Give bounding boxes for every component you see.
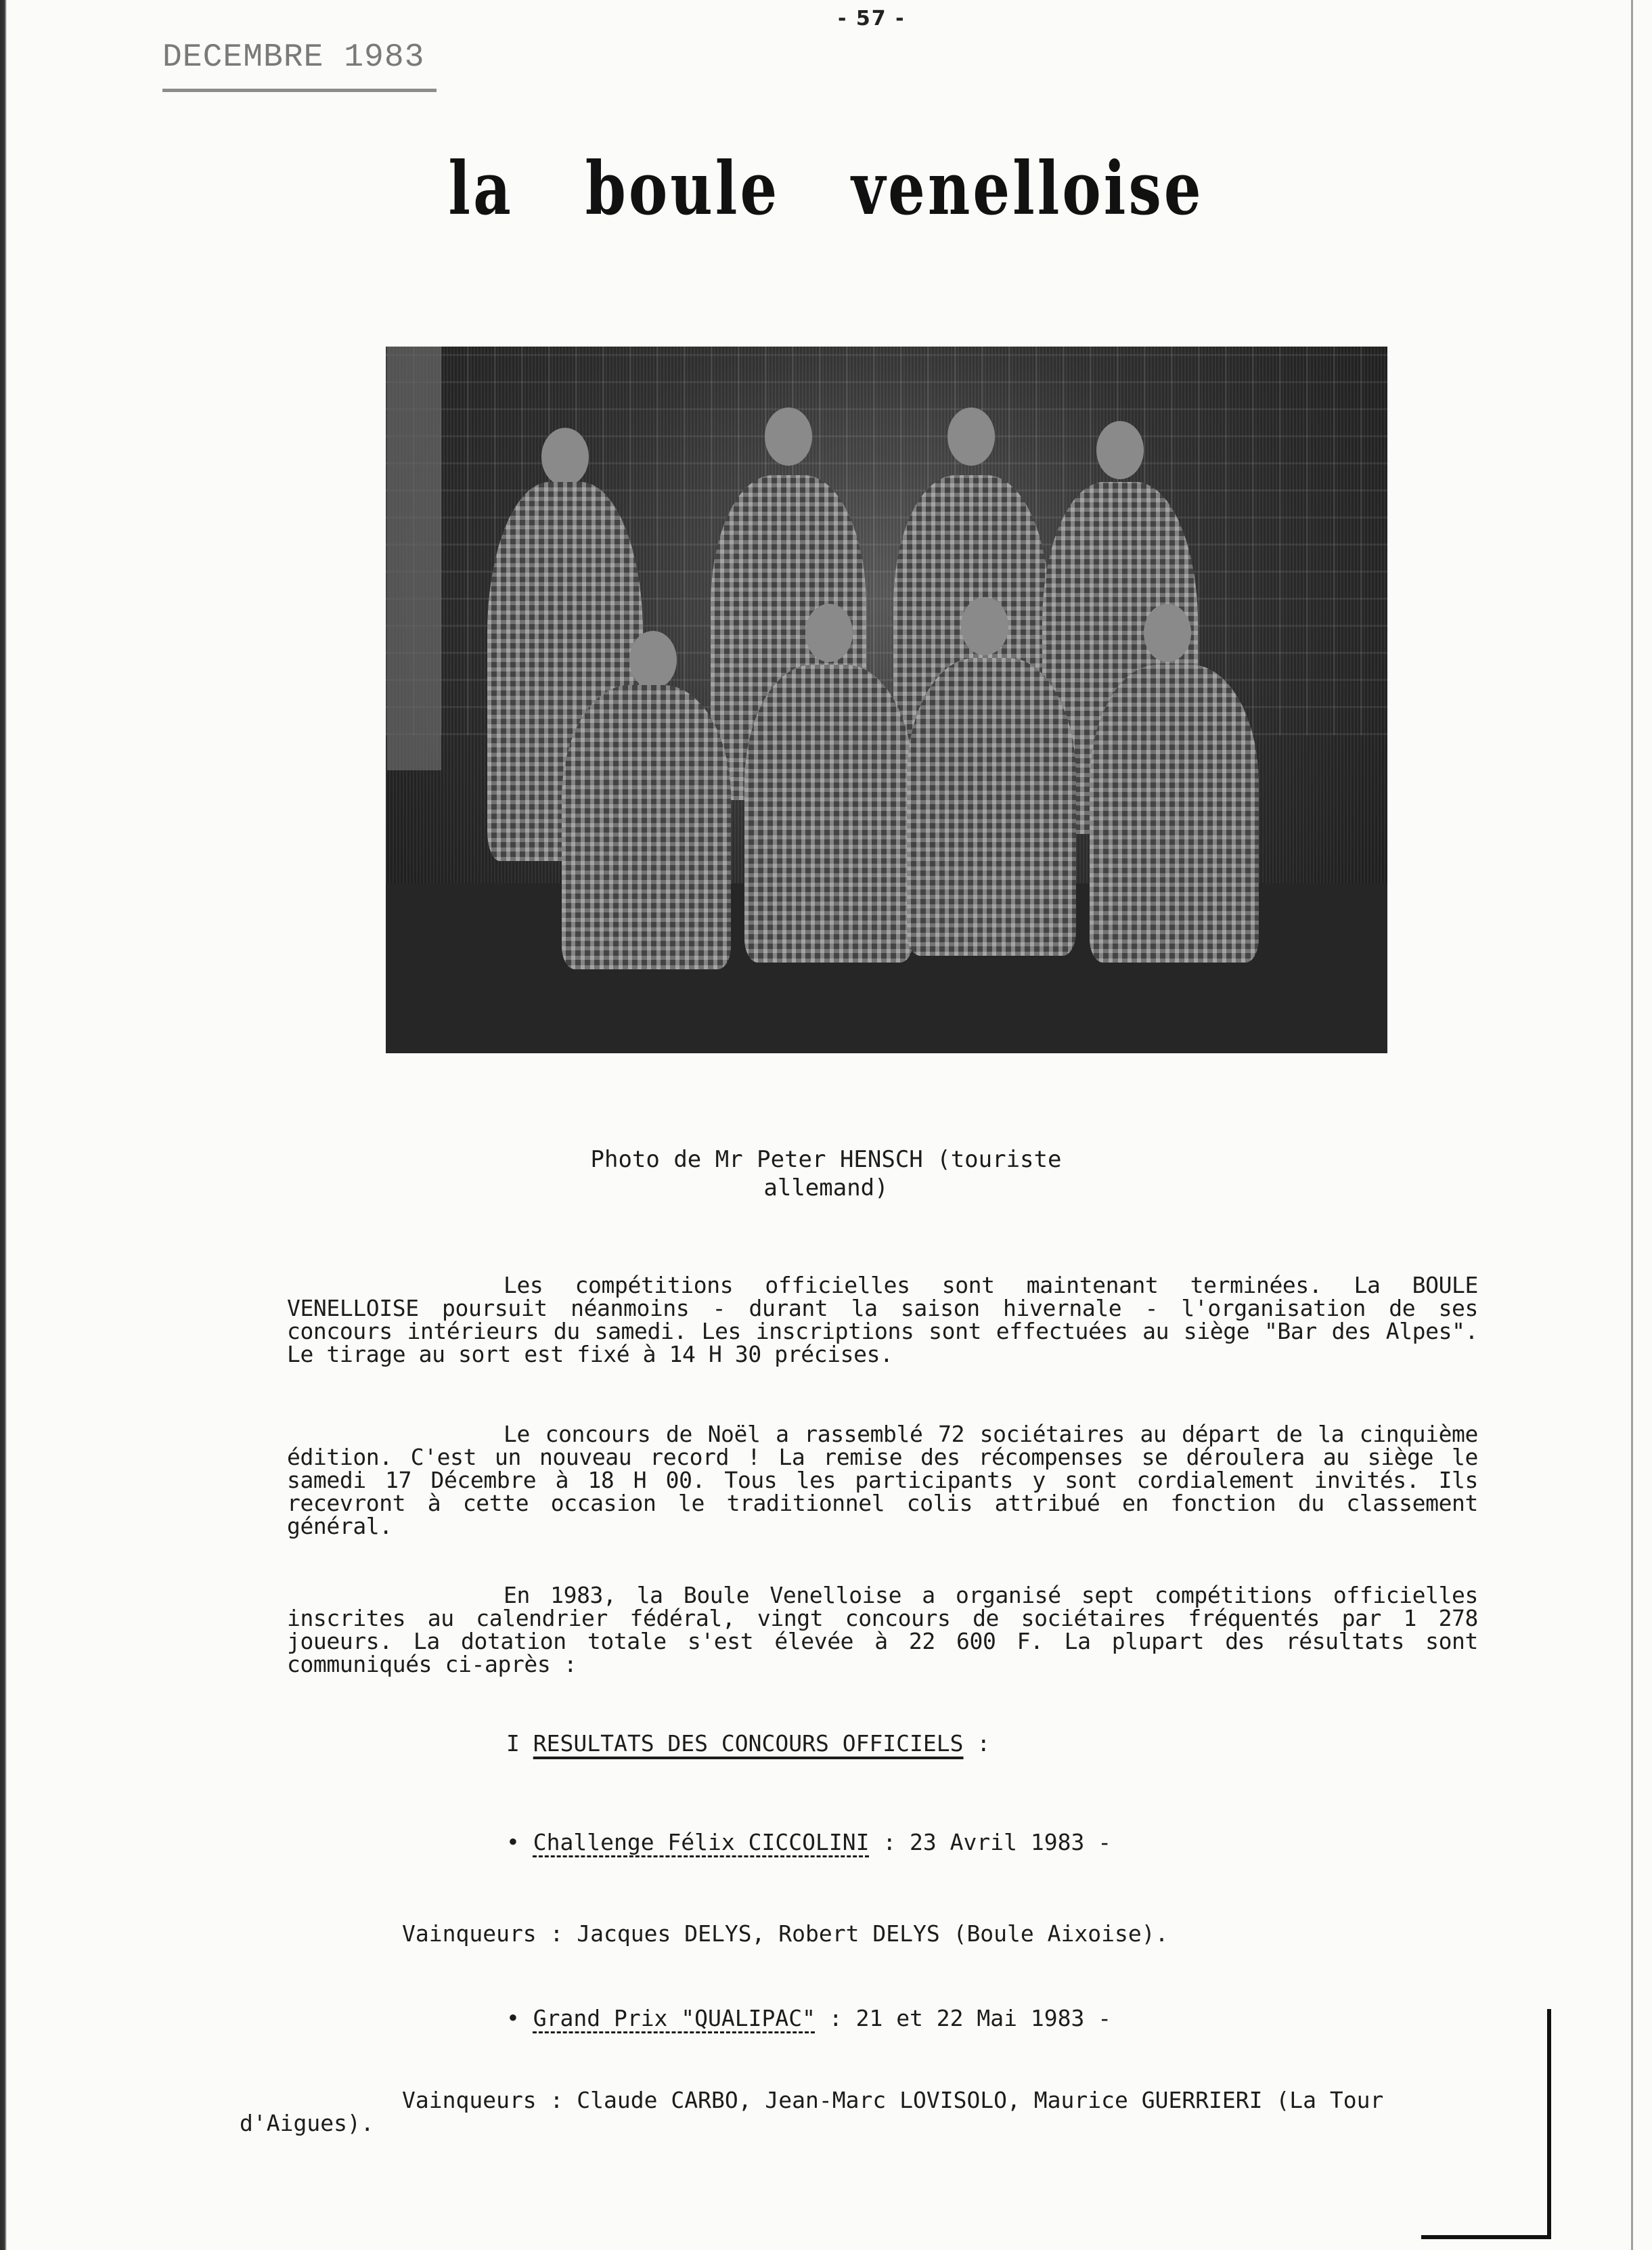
photo-person-head: [629, 631, 677, 689]
masthead-word: boule: [585, 146, 780, 231]
event-name: Grand Prix "QUALIPAC": [533, 2005, 816, 2031]
bullet: •: [506, 2005, 520, 2031]
result-event: • Grand Prix "QUALIPAC" : 21 et 22 Mai 1…: [506, 2005, 1111, 2031]
event-date: : 21 et 22 Mai 1983 -: [816, 2005, 1111, 2031]
event-date: : 23 Avril 1983 -: [869, 1829, 1111, 1855]
section-numeral: I: [506, 1730, 520, 1757]
result-event: • Challenge Félix CICCOLINI : 23 Avril 1…: [506, 1829, 1111, 1855]
photo-caption-line: Photo de Mr Peter HENSCH (touriste: [0, 1145, 1652, 1174]
article-paragraph: Les compétitions officielles sont mainte…: [287, 1274, 1478, 1366]
scan-edge-right: [1631, 0, 1633, 2250]
continuation-bracket: [1547, 2009, 1551, 2239]
event-winners: Vainqueurs : Claude CARBO, Jean-Marc LOV…: [240, 2089, 1485, 2135]
scan-edge-left: [0, 0, 7, 2250]
continuation-bracket-base: [1421, 2235, 1551, 2239]
event-name: Challenge Félix CICCOLINI: [533, 1829, 870, 1855]
photo-person: [907, 658, 1076, 956]
article-paragraph: Le concours de Noël a rassemblé 72 socié…: [287, 1423, 1478, 1538]
event-winners: Vainqueurs : Jacques DELYS, Robert DELYS…: [402, 1922, 1168, 1945]
section-heading: I RESULTATS DES CONCOURS OFFICIELS :: [506, 1730, 990, 1757]
section-suffix: :: [964, 1730, 991, 1757]
photo-person-head: [947, 407, 995, 466]
photo-person-head: [765, 407, 812, 466]
group-photo: [386, 347, 1387, 1053]
photo-person: [744, 665, 914, 963]
masthead-title: la boule venelloise: [0, 146, 1652, 231]
masthead-word: venelloise: [851, 146, 1203, 231]
article-paragraph: En 1983, la Boule Venelloise a organisé …: [287, 1584, 1478, 1676]
issue-date-underline: [162, 89, 437, 92]
section-title: RESULTATS DES CONCOURS OFFICIELS: [533, 1730, 964, 1757]
photo-person-head: [1144, 604, 1191, 662]
bullet: •: [506, 1829, 520, 1855]
photo-person-head: [1096, 421, 1144, 479]
issue-date: DECEMBRE 1983: [162, 39, 424, 76]
masthead-word: la: [448, 146, 513, 231]
photo-caption: Photo de Mr Peter HENSCH (touriste allem…: [0, 1145, 1652, 1202]
photo-person-head: [541, 428, 589, 486]
photo-caption-line: allemand): [0, 1174, 1652, 1202]
photo-post: [387, 347, 441, 770]
photo-person-head: [805, 604, 853, 662]
photo-person-head: [961, 597, 1008, 655]
page-number: - 57 -: [838, 7, 906, 30]
photo-person: [1090, 665, 1259, 963]
photo-person: [562, 685, 731, 969]
